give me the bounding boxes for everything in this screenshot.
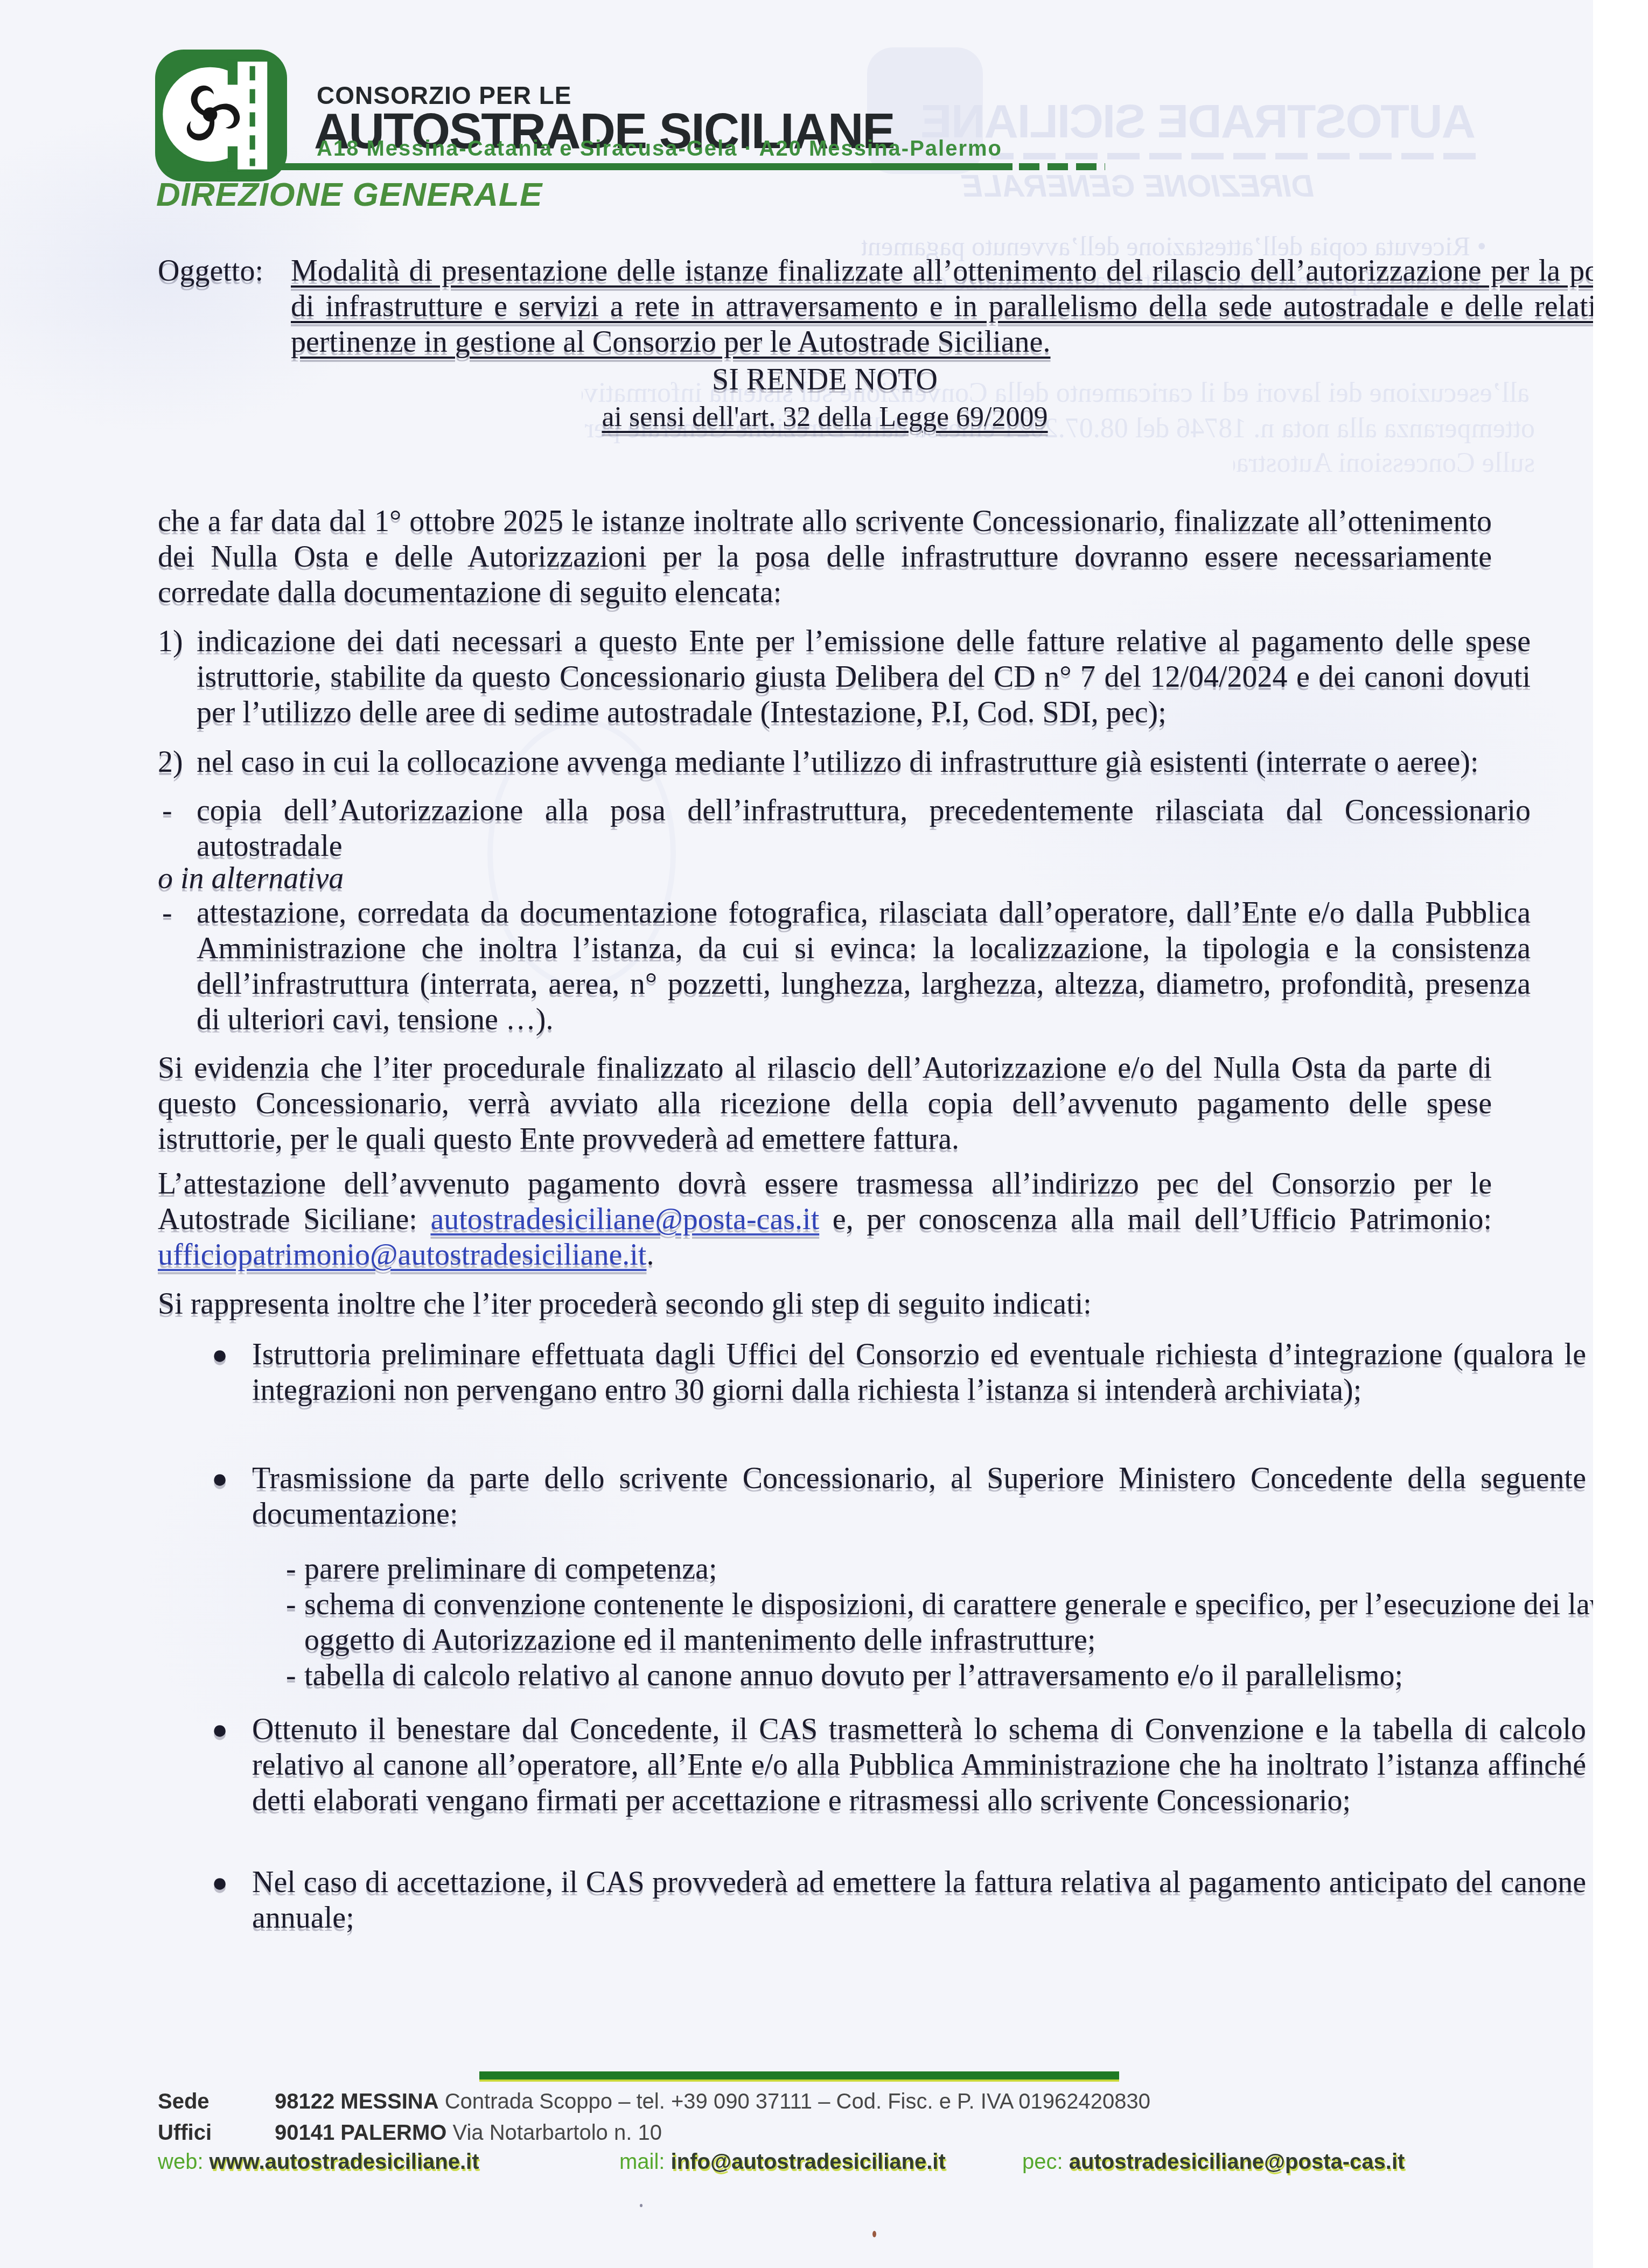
ufficio-patrimonio-link[interactable]: ufficiopatrimonio@autostradesiciliane.it bbox=[158, 1238, 646, 1272]
paragraph-evidenzia: Si evidenzia che l’iter procedurale fina… bbox=[158, 1050, 1492, 1157]
footer-web: web: www.autostradesiciliane.it bbox=[158, 2150, 479, 2174]
numbered-item-1: 1) indicazione dei dati necessari a ques… bbox=[158, 624, 1531, 730]
paragraph-pagamento: L’attestazione dell’avvenuto pagamento d… bbox=[158, 1166, 1492, 1273]
item-text: tabella di calcolo relativo al canone an… bbox=[304, 1659, 1403, 1692]
dash-marker: - bbox=[162, 895, 172, 931]
footer-sede-label: Sede bbox=[158, 2090, 275, 2114]
dash-marker: - bbox=[162, 793, 172, 828]
footer-sede-row: Sede98122 MESSINA Contrada Scoppo – tel.… bbox=[158, 2090, 1450, 2114]
dash-item-copia: - copia dell’Autorizzazione alla posa de… bbox=[158, 793, 1531, 864]
bleedthrough-line: sulle Concessioni Autostradali bbox=[1233, 447, 1535, 479]
item-text: schema di convenzione contenente le disp… bbox=[304, 1588, 1638, 1657]
bullet-item-istruttoria: ● Istruttoria preliminare effettuata dag… bbox=[158, 1337, 1586, 1408]
footer-uffici-city: 90141 PALERMO bbox=[275, 2121, 446, 2145]
item-text: Nel caso di accettazione, il CAS provved… bbox=[252, 1866, 1586, 1935]
notice-title: SI RENDE NOTO bbox=[158, 362, 1492, 397]
paragraph-pagamento-end: . bbox=[646, 1238, 654, 1272]
bullet-item-accettazione: ● Nel caso di accettazione, il CAS provv… bbox=[158, 1865, 1586, 1936]
dash-item-attestazione: - attestazione, corredata da documentazi… bbox=[158, 895, 1531, 1037]
dash-marker: - bbox=[286, 1587, 296, 1622]
subject-label: Oggetto: bbox=[158, 253, 263, 289]
item-text: Trasmissione da parte dello scrivente Co… bbox=[252, 1462, 1586, 1531]
dash-marker: - bbox=[286, 1551, 296, 1587]
trinacria-highway-logo-icon bbox=[155, 50, 287, 182]
subject-block: Oggetto: Modalità di presentazione delle… bbox=[158, 253, 1625, 360]
scan-speck bbox=[872, 2231, 876, 2237]
footer-sede-rest: Contrada Scoppo – tel. +39 090 37111 – C… bbox=[439, 2090, 1150, 2113]
item-text: indicazione dei dati necessari a questo … bbox=[197, 625, 1531, 729]
bleedthrough-header-ghost: AUTOSTRADE SICILIANE DIREZIONE GENERALE bbox=[872, 47, 1476, 225]
scanned-letter-page: AUTOSTRADE SICILIANE DIREZIONE GENERALE … bbox=[0, 0, 1648, 2268]
item-number: 2) bbox=[158, 744, 183, 780]
item-text: copia dell’Autorizzazione alla posa dell… bbox=[197, 794, 1531, 863]
item-text: attestazione, corredata da documentazion… bbox=[197, 896, 1531, 1036]
footer-uffici-rest: Via Notarbartolo n. 10 bbox=[446, 2121, 662, 2145]
footer-pec: pec: autostradesiciliane@posta-cas.it bbox=[1022, 2150, 1405, 2174]
scan-speck bbox=[640, 2204, 643, 2207]
bullet-item-trasmissione: ● Trasmissione da parte dello scrivente … bbox=[158, 1461, 1586, 1532]
header-green-rule-dashes bbox=[1019, 163, 1105, 170]
sub-dash-parere: - parere preliminare di competenza; bbox=[158, 1551, 1638, 1587]
subject-text: Modalità di presentazione delle istanze … bbox=[291, 254, 1625, 359]
footer-mail: mail: info@autostradesiciliane.it bbox=[619, 2150, 946, 2174]
footer-green-rule bbox=[479, 2071, 1119, 2082]
bullet-marker: ● bbox=[212, 1712, 228, 1747]
footer-sede-city: 98122 MESSINA bbox=[275, 2090, 439, 2113]
item-number: 1) bbox=[158, 624, 183, 659]
bullet-item-benestare: ● Ottenuto il benestare dal Concedente, … bbox=[158, 1712, 1586, 1818]
consortium-logo bbox=[155, 50, 287, 182]
bullet-marker: ● bbox=[212, 1337, 228, 1372]
numbered-item-2: 2) nel caso in cui la collocazione avven… bbox=[158, 744, 1531, 780]
item-text: Ottenuto il benestare dal Concedente, il… bbox=[252, 1713, 1586, 1817]
item-text: Istruttoria preliminare effettuata dagli… bbox=[252, 1338, 1586, 1407]
footer-pec-value: autostradesiciliane@posta-cas.it bbox=[1069, 2150, 1405, 2174]
footer-uffici-label: Uffici bbox=[158, 2121, 275, 2145]
scanner-edge-strip bbox=[1593, 0, 1648, 2268]
org-routes-line: A18 Messina-Catania e Siracusa-Gela · A2… bbox=[317, 137, 1002, 161]
notice-subtitle: ai sensi dell'art. 32 della Legge 69/200… bbox=[158, 400, 1492, 435]
sub-dash-tabella: - tabella di calcolo relativo al canone … bbox=[158, 1658, 1638, 1693]
header-green-rule bbox=[248, 163, 1012, 170]
footer-web-value: www.autostradesiciliane.it bbox=[210, 2150, 479, 2174]
dash-marker: - bbox=[286, 1658, 296, 1693]
footer-uffici-row: Uffici90141 PALERMO Via Notarbartolo n. … bbox=[158, 2121, 1450, 2145]
footer-pec-label: pec: bbox=[1022, 2150, 1069, 2174]
paragraph-step: Si rappresenta inoltre che l’iter proced… bbox=[158, 1286, 1492, 1322]
sub-dash-schema: - schema di convenzione contenente le di… bbox=[158, 1587, 1638, 1658]
footer-mail-value: info@autostradesiciliane.it bbox=[671, 2150, 946, 2174]
bullet-marker: ● bbox=[212, 1865, 228, 1900]
footer-mail-label: mail: bbox=[619, 2150, 671, 2174]
paragraph-intro: che a far data dal 1° ottobre 2025 le is… bbox=[158, 504, 1492, 610]
bullet-marker: ● bbox=[212, 1461, 228, 1496]
item-text: nel caso in cui la collocazione avvenga … bbox=[197, 745, 1479, 779]
alternative-label: o in alternativa bbox=[158, 861, 1492, 896]
item-text: parere preliminare di competenza; bbox=[304, 1552, 717, 1586]
paragraph-pagamento-mid: e, per conoscenza alla mail dell’Ufficio… bbox=[819, 1203, 1492, 1236]
pec-cas-link[interactable]: autostradesiciliane@posta-cas.it bbox=[430, 1203, 819, 1236]
bleedthrough-bar-ghost bbox=[991, 153, 1476, 159]
footer-web-label: web: bbox=[158, 2150, 210, 2174]
